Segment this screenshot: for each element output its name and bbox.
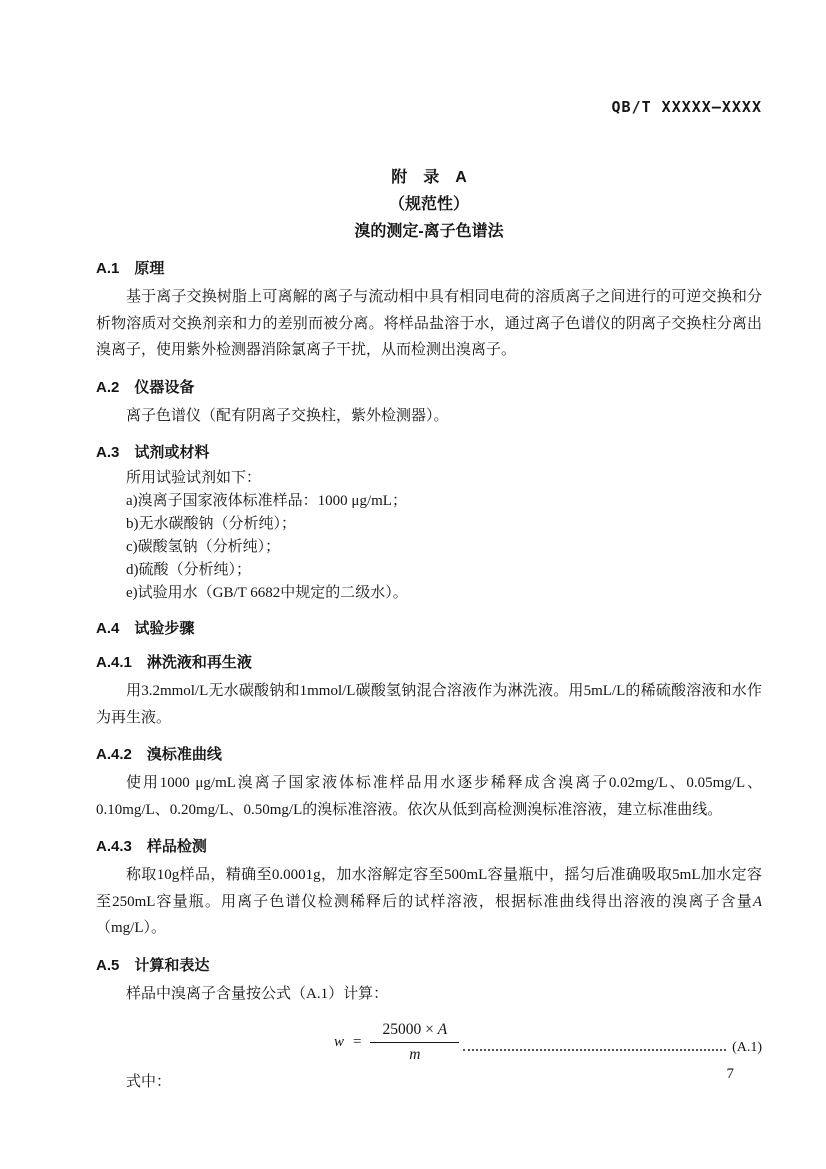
document-page: QB/T XXXXX—XXXX 附 录 A （规范性） 溴的测定-离子色谱法 A…: [0, 0, 826, 1169]
list-item: c)碳酸氢钠（分析纯）；: [126, 536, 762, 559]
paragraph-a43: 称取10g样品，精确至0.0001g，加水溶解定容至500mL容量瓶中，摇匀后准…: [96, 862, 762, 942]
paragraph-text: 称取10g样品，精确至0.0001g，加水溶解定容至500mL容量瓶中，摇匀后准…: [96, 867, 762, 910]
section-heading-a2: A.2仪器设备: [96, 377, 762, 398]
section-heading-a5: A.5计算和表达: [96, 955, 762, 976]
section-number: A.5: [96, 957, 119, 974]
list-item: b)无水碳酸钠（分析纯）；: [126, 513, 762, 536]
formula-intro: 样品中溴离子含量按公式（A.1）计算：: [96, 981, 762, 1008]
paragraph-text: （mg/L）。: [96, 920, 166, 936]
section-number: A.4.1: [96, 654, 132, 671]
section-title: 计算和表达: [134, 957, 209, 974]
section-heading-a43: A.4.3样品检测: [96, 836, 762, 857]
equals-sign: =: [353, 1034, 361, 1051]
appendix-title-line2: （规范性）: [96, 191, 762, 218]
section-title: 仪器设备: [134, 379, 194, 396]
standard-code-number: /T XXXXX—XXXX: [632, 98, 762, 116]
formula-lhs: w: [334, 1034, 344, 1051]
paragraph-a41: 用3.2mmol/L无水碳酸钠和1mmol/L碳酸氢钠混合溶液作为淋洗液。用5m…: [96, 678, 762, 731]
section-number: A.3: [96, 444, 119, 461]
reagent-list-intro: 所用试验试剂如下：: [126, 467, 762, 490]
paragraph-a42: 使用1000 μg/mL溴离子国家液体标准样品用水逐步稀释成含溴离子0.02mg…: [96, 770, 762, 823]
variable-a: A: [753, 894, 762, 910]
section-title: 试剂或材料: [134, 444, 209, 461]
section-title: 试验步骤: [134, 620, 194, 637]
appendix-title-line3: 溴的测定-离子色谱法: [96, 218, 762, 245]
section-heading-a1: A.1原理: [96, 258, 762, 279]
formula-label: (A.1): [732, 1040, 762, 1056]
section-number: A.1: [96, 260, 119, 277]
formula-fraction: 25000 × A m: [370, 1021, 459, 1064]
formula-note: 式中：: [96, 1069, 762, 1096]
section-title: 原理: [134, 260, 164, 277]
section-title: 溴标准曲线: [147, 746, 222, 763]
list-item: a)溴离子国家液体标准样品：1000 μg/mL；: [126, 490, 762, 513]
section-heading-a3: A.3试剂或材料: [96, 442, 762, 463]
section-heading-a42: A.4.2溴标准曲线: [96, 744, 762, 765]
variable-a: A: [438, 1021, 447, 1038]
list-item: d)硫酸（分析纯）；: [126, 559, 762, 582]
section-number: A.2: [96, 379, 119, 396]
section-number: A.4.3: [96, 838, 132, 855]
section-title: 样品检测: [147, 838, 207, 855]
section-heading-a4: A.4试验步骤: [96, 618, 762, 639]
paragraph-a2: 离子色谱仪（配有阴离子交换柱，紫外检测器）。: [96, 403, 762, 430]
numerator-coefficient: 25000 ×: [382, 1021, 437, 1038]
page-number: 7: [727, 1066, 735, 1083]
standard-code-prefix: QB: [612, 98, 632, 116]
paragraph-a1: 基于离子交换树脂上可离解的离子与流动相中具有相同电荷的溶质离子之间进行的可逆交换…: [96, 284, 762, 364]
dotted-leader: [463, 1049, 726, 1051]
formula-a1: w = 25000 × A m (A.1): [334, 1021, 762, 1064]
appendix-title-block: 附 录 A （规范性） 溴的测定-离子色谱法: [96, 164, 762, 245]
section-title: 淋洗液和再生液: [147, 654, 252, 671]
section-heading-a41: A.4.1淋洗液和再生液: [96, 652, 762, 673]
appendix-title-line1: 附 录 A: [96, 164, 762, 191]
section-number: A.4: [96, 620, 119, 637]
fraction-denominator: m: [409, 1043, 420, 1064]
fraction-numerator: 25000 × A: [370, 1021, 459, 1043]
reagent-list: 所用试验试剂如下： a)溴离子国家液体标准样品：1000 μg/mL； b)无水…: [96, 467, 762, 605]
list-item: e)试验用水（GB/T 6682中规定的二级水）。: [126, 582, 762, 605]
standard-code: QB/T XXXXX—XXXX: [96, 98, 762, 116]
section-number: A.4.2: [96, 746, 132, 763]
